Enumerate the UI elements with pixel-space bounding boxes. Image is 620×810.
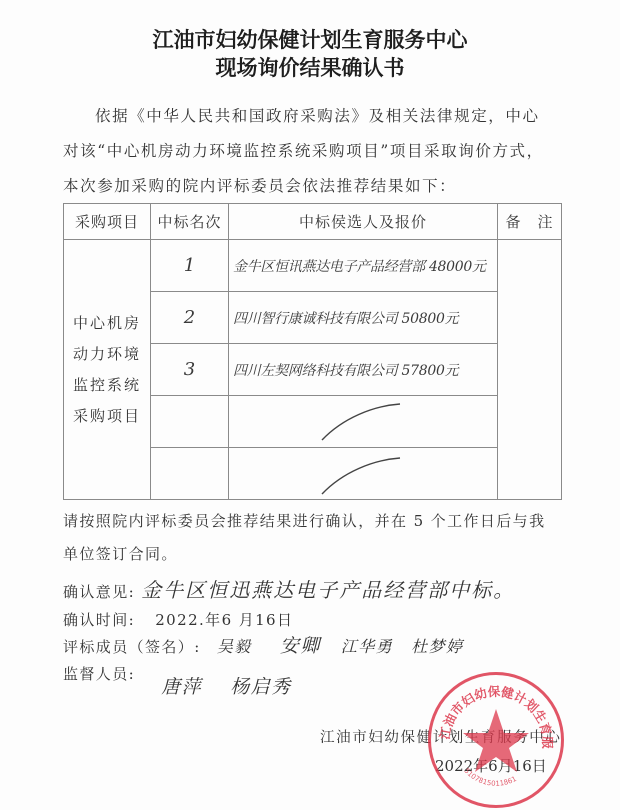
header-candidate: 中标侯选人及报价 xyxy=(229,204,498,240)
project-name-line: 监控系统 xyxy=(64,370,150,401)
committee-signature: 吴毅 xyxy=(217,637,252,656)
committee-row: 评标成员（签名）: 吴毅 安卿 江华勇 杜梦婷 xyxy=(63,631,463,658)
opinion-label: 确认意见: xyxy=(63,583,135,601)
intro-line-1: 依据《中华人民共和国政府采购法》及相关法律规定，中心 xyxy=(95,104,540,126)
instruction-line-2: 单位签订合同。 xyxy=(63,543,178,564)
intro-line-2: 对该“中心机房动力环境监控系统采购项目”项目采取询价方式， xyxy=(63,139,544,161)
supervisor-signature: 唐萍 xyxy=(161,676,202,698)
candidate-cell: 四川左契网络科技有限公司 57800元 xyxy=(229,344,498,396)
opinion-row: 确认意见: 金牛区恒迅燕达电子产品经营部中标。 xyxy=(63,574,515,603)
candidate-cell: 金牛区恒讯燕达电子产品经营部 48000元 xyxy=(229,240,498,292)
time-row: 确认时间: 2022.年6 月16日 xyxy=(63,609,293,630)
committee-signature: 安卿 xyxy=(280,635,321,657)
time-value: 2022.年6 月16日 xyxy=(155,611,293,629)
result-table: 采购项目 中标名次 中标侯选人及报价 备 注 中心机房 动力环境 监控系统 采购… xyxy=(63,203,562,500)
rank-cell xyxy=(151,396,229,448)
supervisor-row: 监督人员: 唐萍 杨启秀 xyxy=(63,658,291,685)
time-label: 确认时间: xyxy=(63,611,135,629)
project-name-line: 采购项目 xyxy=(64,401,150,432)
supervisor-signature: 杨启秀 xyxy=(230,676,291,698)
header-remark: 备 注 xyxy=(498,204,562,240)
document-title-line2: 现场询价结果确认书 xyxy=(0,52,620,82)
project-name-cell: 中心机房 动力环境 监控系统 采购项目 xyxy=(64,240,151,500)
footer-organization: 江油市妇幼保健计划生育服务中心 xyxy=(320,726,562,747)
committee-label: 评标成员（签名）: xyxy=(63,638,201,656)
opinion-value: 金牛区恒迅燕达电子产品经营部中标。 xyxy=(141,578,515,602)
committee-signature: 江华勇 xyxy=(341,637,393,656)
header-project: 采购项目 xyxy=(64,204,151,240)
intro-line-3: 本次参加采购的院内评标委员会依法推荐结果如下： xyxy=(63,174,456,196)
remark-cell xyxy=(498,240,562,500)
strike-through-mark-icon xyxy=(318,452,408,496)
table-row: 中心机房 动力环境 监控系统 采购项目 1 金牛区恒讯燕达电子产品经营部 480… xyxy=(64,240,562,292)
table-header-row: 采购项目 中标名次 中标侯选人及报价 备 注 xyxy=(64,204,562,240)
rank-cell xyxy=(151,448,229,500)
candidate-cell: 四川智行康诚科技有限公司 50800元 xyxy=(229,292,498,344)
strike-through-mark-icon xyxy=(318,400,408,444)
project-name-line: 中心机房 xyxy=(64,308,150,339)
project-name-line: 动力环境 xyxy=(64,339,150,370)
rank-cell: 2 xyxy=(151,292,229,344)
empty-candidate-cell xyxy=(229,448,498,500)
supervisor-label: 监督人员: xyxy=(63,665,135,683)
committee-signature: 杜梦婷 xyxy=(411,637,463,656)
rank-cell: 1 xyxy=(151,240,229,292)
instruction-line-1: 请按照院内评标委员会推荐结果进行确认，并在 5 个工作日后与我 xyxy=(63,510,545,531)
empty-candidate-cell xyxy=(229,396,498,448)
document-title-line1: 江油市妇幼保健计划生育服务中心 xyxy=(0,24,620,54)
header-rank: 中标名次 xyxy=(151,204,229,240)
footer-date: 2022年6月16日 xyxy=(435,755,547,776)
rank-cell: 3 xyxy=(151,344,229,396)
